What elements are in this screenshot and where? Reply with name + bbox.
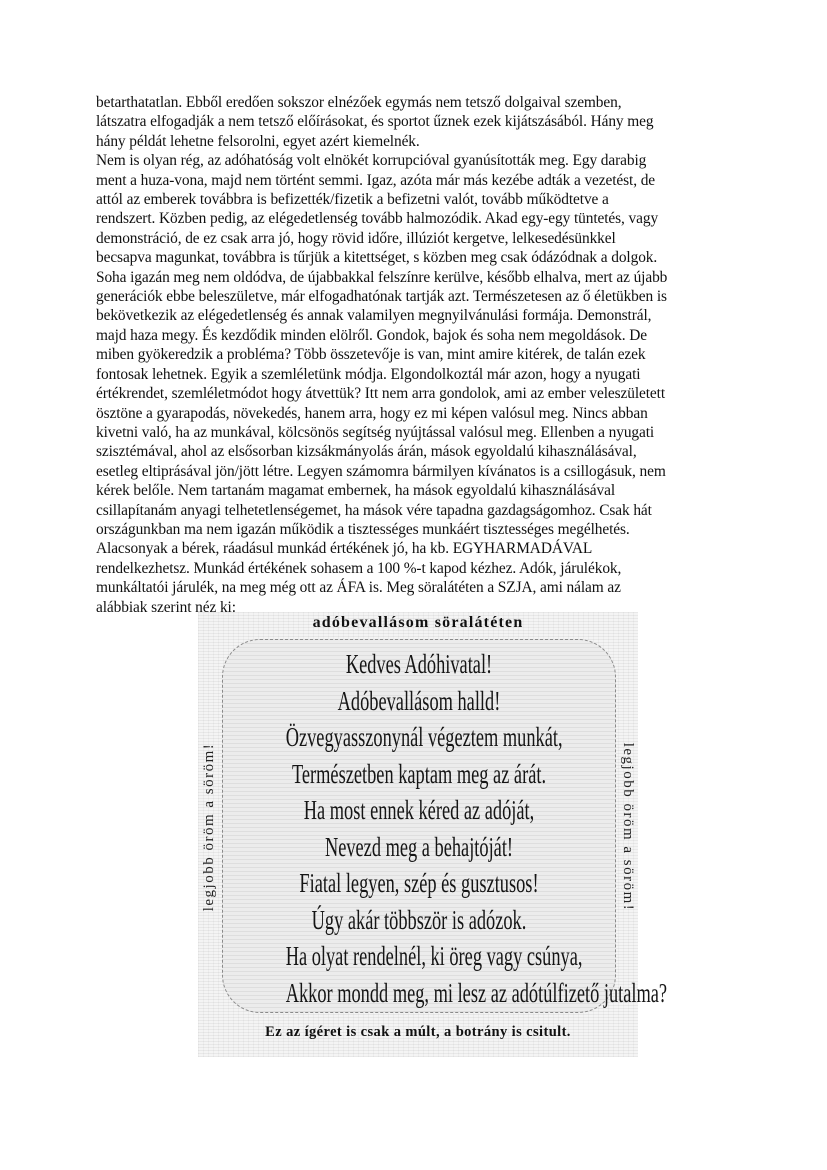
poem-line: Úgy akár többször is adózok. <box>286 902 553 939</box>
text-line: betarthatatlan. Ebből eredően sokszor el… <box>96 93 746 112</box>
poem-line: Ha olyat rendelnél, ki öreg vagy csúnya, <box>286 938 553 975</box>
document-page: betarthatatlan. Ebből eredően sokszor el… <box>0 0 827 1170</box>
text-line: ösztöne a gyarapodás, növekedés, hanem a… <box>96 404 746 423</box>
beer-coaster-image: adóbevallásom söralátéten legjobb öröm a… <box>198 612 638 1057</box>
text-line: hány példát lehetne felsorolni, egyet az… <box>96 132 746 151</box>
poem-line: Özvegyasszonynál végeztem munkát, <box>286 719 553 756</box>
poem-line: Kedves Adóhivatal! <box>286 646 553 683</box>
text-line: generációk ebbe beleszületve, már elfoga… <box>96 287 746 306</box>
text-line: Alacsonyak a bérek, ráadásul munkád érté… <box>96 539 746 558</box>
text-line: demonstráció, de ez csak arra jó, hogy r… <box>96 229 746 248</box>
text-line: bekövetkezik az elégedetlenség és annak … <box>96 306 746 325</box>
poem-line: Adóbevallásom halld! <box>286 683 553 720</box>
body-text: betarthatatlan. Ebből eredően sokszor el… <box>96 93 746 617</box>
text-line: látszatra elfogadják a nem tetsző előírá… <box>96 112 746 131</box>
poem-line: Nevezd meg a behajtóját! <box>286 829 553 866</box>
text-line: munkáltatói járulék, na meg még ott az Á… <box>96 578 746 597</box>
side-text-left: legjobb öröm a söröm! <box>199 717 219 937</box>
poem: Kedves Adóhivatal! Adóbevallásom halld! … <box>223 646 615 1011</box>
poem-line: Akkor mondd meg, mi lesz az adótúlfizető… <box>286 975 553 1012</box>
text-line: kérek belőle. Nem tartanám magamat ember… <box>96 481 746 500</box>
text-line: kivetni való, ha az munkával, kölcsönös … <box>96 423 746 442</box>
side-text-right: legjobb öröm a söröm! <box>618 717 638 937</box>
text-line: csillapítanám anyagi telhetetlenségemet,… <box>96 501 746 520</box>
text-line: ment a huza-vona, majd nem történt semmi… <box>96 171 746 190</box>
text-line: miben gyökeredzik a probléma? Több össze… <box>96 345 746 364</box>
poem-line: Fiatal legyen, szép és gusztusos! <box>286 865 553 902</box>
side-text-left-label: legjobb öröm a söröm! <box>201 717 218 937</box>
text-line: attól az emberek továbbra is befizették/… <box>96 190 746 209</box>
text-line: Nem is olyan rég, az adóhatóság volt eln… <box>96 151 746 170</box>
text-line: rendelkezhetsz. Munkád értékének sohasem… <box>96 559 746 578</box>
poem-line: Természetben kaptam meg az árát. <box>286 756 553 793</box>
figure-caption: Ez az ígéret is csak a múlt, a botrány i… <box>198 1024 638 1041</box>
text-line: Soha igazán meg nem oldódva, de újabbakk… <box>96 268 746 287</box>
text-line: értékrendet, szemléletmódot hogy átvettü… <box>96 384 746 403</box>
text-line: rendszert. Közben pedig, az elégedetlens… <box>96 209 746 228</box>
text-line: becsapva magunkat, továbbra is tűrjük a … <box>96 248 746 267</box>
figure-title: adóbevallásom söralátéten <box>198 614 638 632</box>
text-line: szisztémával, ahol az elsősorban kizsákm… <box>96 442 746 461</box>
text-line: fontosak lehetnek. Egyik a szemléletünk … <box>96 365 746 384</box>
text-line: országunkban ma nem igazán működik a tis… <box>96 520 746 539</box>
text-line: majd haza megy. És kezdődik minden elölr… <box>96 326 746 345</box>
coaster-frame: Kedves Adóhivatal! Adóbevallásom halld! … <box>222 639 616 1013</box>
poem-line: Ha most ennek kéred az adóját, <box>286 792 553 829</box>
side-text-right-label: legjobb öröm a söröm! <box>619 717 636 937</box>
text-line: esetleg eltiprásával jön/jött létre. Leg… <box>96 462 746 481</box>
